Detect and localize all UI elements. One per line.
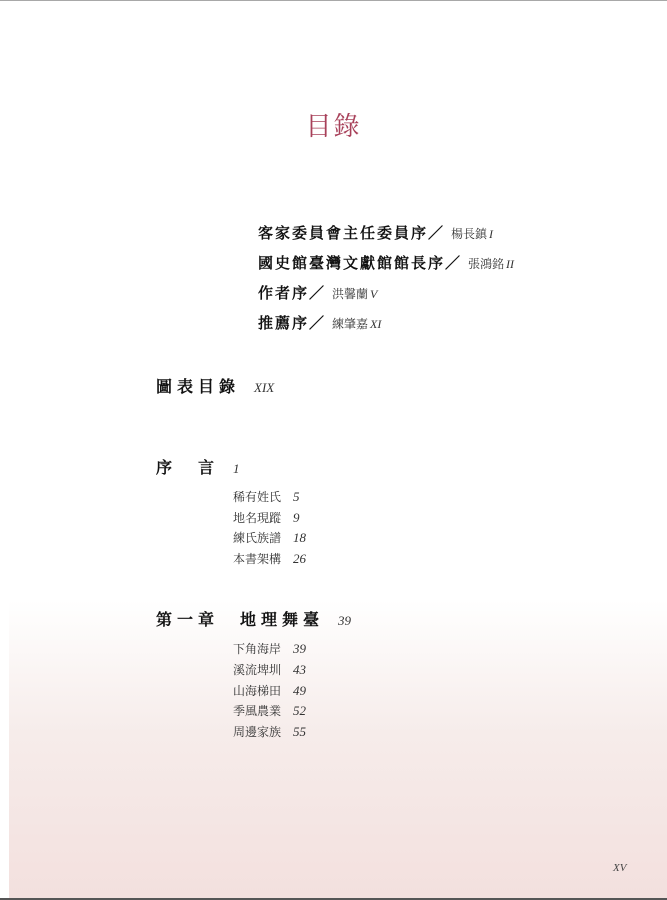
page-number: XV [613,862,626,874]
entry-page: I [489,227,493,241]
top-border [0,0,667,1]
entry-page: 39 [293,641,306,656]
toc-entry-preface-2[interactable]: 國史館臺灣文獻館館長序／張鴻銘II [258,252,514,273]
entry-page: XIX [254,380,274,395]
entry-author: 練肇嘉 [332,317,368,331]
entry-page: 52 [293,703,306,718]
entry-page: 55 [293,724,306,739]
separator: ／ [309,314,326,332]
entry-page: 18 [293,530,306,545]
toc-subentry[interactable]: 季風農業52 [233,702,306,719]
entry-author: 楊長鎮 [451,227,487,241]
entry-label: 國史館臺灣文獻館館長序 [258,254,445,272]
entry-label: 山海梯田 [233,684,281,698]
toc-subentry[interactable]: 地名現蹤9 [233,509,300,526]
entry-page: 9 [293,510,300,525]
toc-entry-figures-list[interactable]: 圖表目錄XIX [156,374,274,397]
entry-page: XI [370,317,381,331]
entry-page: V [370,287,377,301]
separator: ／ [309,284,326,302]
entry-label: 作者序 [258,284,309,302]
toc-subentry[interactable]: 本書架構26 [233,550,306,567]
entry-page: 49 [293,683,306,698]
entry-author: 洪馨蘭 [332,287,368,301]
entry-label: 地名現蹤 [233,511,281,525]
separator: ／ [428,224,445,242]
toc-entry-preface-3[interactable]: 作者序／洪馨蘭V [258,282,377,303]
toc-entry-intro[interactable]: 序 言1 [156,455,240,478]
toc-entry-preface-1[interactable]: 客家委員會主任委員序／楊長鎮I [258,222,493,243]
toc-entry-preface-4[interactable]: 推薦序／練肇嘉XI [258,312,381,333]
page-gradient-background [9,600,667,898]
page-title: 目錄 [0,106,667,143]
entry-label: 季風農業 [233,704,281,718]
entry-label: 溪流埤圳 [233,663,281,677]
entry-author: 張鴻銘 [468,257,504,271]
entry-page: 5 [293,489,300,504]
entry-label: 周邊家族 [233,725,281,739]
toc-subentry[interactable]: 練氏族譜18 [233,529,306,546]
entry-page: II [506,257,514,271]
entry-page: 1 [233,461,240,476]
entry-label: 客家委員會主任委員序 [258,224,428,242]
entry-label: 推薦序 [258,314,309,332]
entry-page: 26 [293,551,306,566]
toc-subentry[interactable]: 稀有姓氏5 [233,488,300,505]
entry-label: 練氏族譜 [233,531,281,545]
entry-page: 39 [338,613,351,628]
toc-subentry[interactable]: 周邊家族55 [233,723,306,740]
entry-label: 圖表目錄 [156,377,240,396]
entry-label: 下角海岸 [233,642,281,656]
entry-label: 稀有姓氏 [233,490,281,504]
toc-subentry[interactable]: 下角海岸39 [233,640,306,657]
toc-entry-chapter-1[interactable]: 第一章 地理舞臺39 [156,607,351,630]
toc-subentry[interactable]: 山海梯田49 [233,682,306,699]
entry-label: 本書架構 [233,552,281,566]
entry-label: 第一章 地理舞臺 [156,610,324,629]
entry-page: 43 [293,662,306,677]
toc-subentry[interactable]: 溪流埤圳43 [233,661,306,678]
entry-label: 序 言 [156,458,219,477]
separator: ／ [445,254,462,272]
